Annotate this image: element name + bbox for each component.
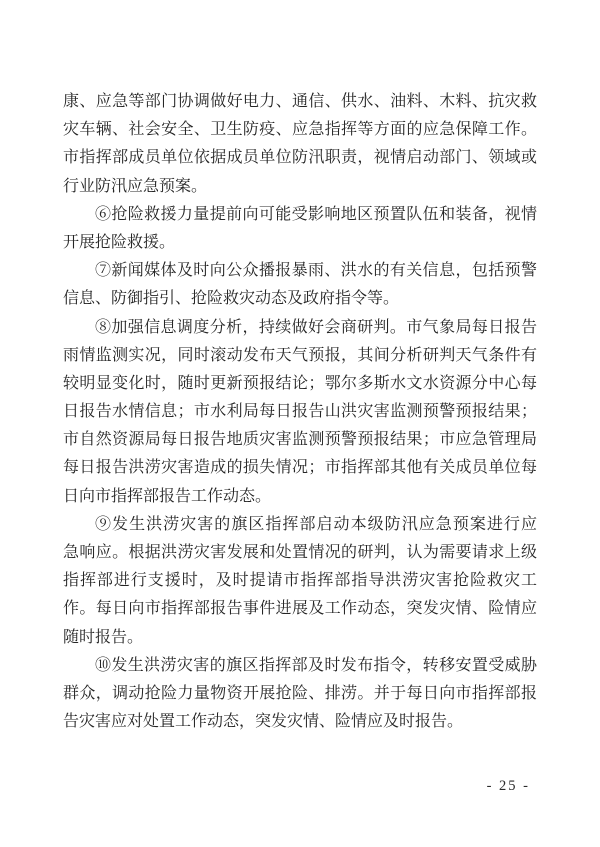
text-line: ⑥抢险救援力量提前向可能受影响地区预置队伍和装备，视情: [63, 201, 537, 229]
body-text: 康、应急等部门协调做好电力、通信、供水、油料、木料、抗灾救 灾车辆、社会安全、卫…: [63, 88, 537, 736]
text-line: ⑨发生洪涝灾害的旗区指挥部启动本级防汛应急预案进行应: [63, 511, 537, 539]
text-line: 告灾害应对处置工作动态，突发灾情、险情应及时报告。: [63, 708, 537, 736]
text-line: 康、应急等部门协调做好电力、通信、供水、油料、木料、抗灾救: [63, 88, 537, 116]
text-line: 开展抢险救援。: [63, 229, 537, 257]
text-line: 灾车辆、社会安全、卫生防疫、应急指挥等方面的应急保障工作。: [63, 116, 537, 144]
document-page: 康、应急等部门协调做好电力、通信、供水、油料、木料、抗灾救 灾车辆、社会安全、卫…: [0, 0, 600, 847]
text-line: 急响应。根据洪涝灾害发展和处置情况的研判，认为需要请求上级: [63, 539, 537, 567]
text-line: ⑩发生洪涝灾害的旗区指挥部及时发布指令，转移安置受威胁: [63, 652, 537, 680]
text-line: 每日报告洪涝灾害造成的损失情况；市指挥部其他有关成员单位每: [63, 454, 537, 482]
text-line: ⑧加强信息调度分析，持续做好会商研判。市气象局每日报告: [63, 314, 537, 342]
text-line: 随时报告。: [63, 624, 537, 652]
text-line: ⑦新闻媒体及时向公众播报暴雨、洪水的有关信息，包括预警: [63, 257, 537, 285]
text-line: 日向市指挥部报告工作动态。: [63, 483, 537, 511]
text-line: 市指挥部成员单位依据成员单位防汛职责，视情启动部门、领域或: [63, 144, 537, 172]
text-line: 群众，调动抢险力量物资开展抢险、排涝。并于每日向市指挥部报: [63, 680, 537, 708]
page-number: - 25 -: [487, 778, 530, 795]
text-line: 作。每日向市指挥部报告事件进展及工作动态，突发灾情、险情应: [63, 595, 537, 623]
text-line: 指挥部进行支援时，及时提请市指挥部指导洪涝灾害抢险救灾工: [63, 567, 537, 595]
text-line: 信息、防御指引、抢险救灾动态及政府指令等。: [63, 285, 537, 313]
text-line: 行业防汛应急预案。: [63, 173, 537, 201]
text-line: 较明显变化时，随时更新预报结论；鄂尔多斯水文水资源分中心每: [63, 370, 537, 398]
text-line: 雨情监测实况，同时滚动发布天气预报，其间分析研判天气条件有: [63, 342, 537, 370]
text-line: 市自然资源局每日报告地质灾害监测预警预报结果；市应急管理局: [63, 426, 537, 454]
text-line: 日报告水情信息；市水利局每日报告山洪灾害监测预警预报结果；: [63, 398, 537, 426]
